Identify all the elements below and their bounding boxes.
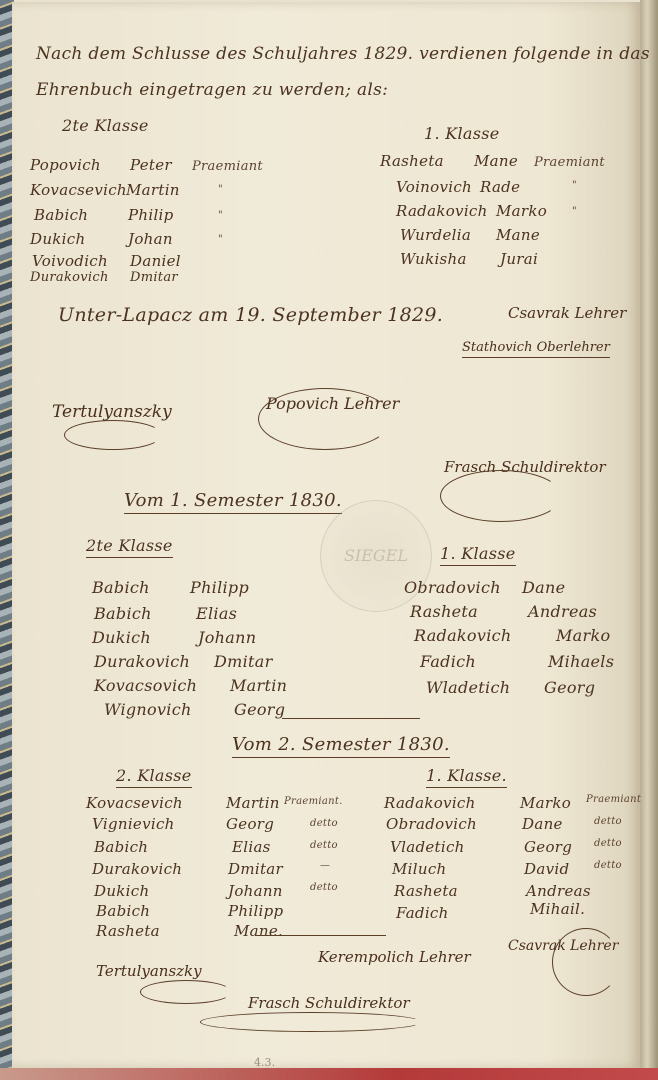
surname: Durakovich xyxy=(94,652,190,671)
given-name: Philipp xyxy=(228,902,283,920)
signature-tertulyanszky-1830: Tertulyanszky xyxy=(96,962,202,980)
book-spine xyxy=(640,0,658,1080)
signature-stathovich: Stathovich Oberlehrer xyxy=(462,340,610,358)
note: Praemiant xyxy=(534,155,605,170)
surname: Kovacsevich xyxy=(30,181,127,199)
surname: Obradovich xyxy=(386,815,477,833)
surname: Kovacsovich xyxy=(94,676,197,695)
surname: Rasheta xyxy=(410,602,478,621)
note: detto xyxy=(310,818,338,829)
surname: Wladetich xyxy=(426,678,510,697)
surname: Kovacsevich xyxy=(86,794,183,812)
surname: Dukich xyxy=(30,230,85,248)
note: " xyxy=(572,180,577,191)
surname: Fadich xyxy=(420,652,476,671)
surname: Fadich xyxy=(396,904,449,922)
intro-line-1: Nach dem Schlusse des Schuljahres 1829. … xyxy=(36,44,650,64)
signature-flourish xyxy=(64,420,162,450)
given-name: Mihail. xyxy=(530,900,585,918)
signature-flourish xyxy=(200,1012,422,1032)
note: " xyxy=(218,210,223,221)
given-name: Dane xyxy=(522,578,565,597)
surname: Miluch xyxy=(392,860,446,878)
given-name: Martin xyxy=(230,676,287,695)
given-name: Andreas xyxy=(528,602,597,621)
given-name: Georg xyxy=(544,678,595,697)
note: detto xyxy=(594,816,622,827)
given-name: Dmitar xyxy=(130,270,178,285)
given-name: Peter xyxy=(130,156,172,174)
signature-flourish xyxy=(258,388,392,450)
given-name: Johann xyxy=(228,882,283,900)
surname: Rasheta xyxy=(394,882,458,900)
signature-flourish xyxy=(552,928,620,996)
note: " xyxy=(572,206,577,217)
surname: Vignievich xyxy=(92,815,175,833)
surname: Radakovich xyxy=(396,202,488,220)
surname: Babich xyxy=(96,902,150,920)
surname: Radakovich xyxy=(414,626,511,645)
surname: Babich xyxy=(92,578,150,597)
note: detto xyxy=(310,840,338,851)
given-name: Marko xyxy=(520,794,571,812)
given-name: Marko xyxy=(496,202,547,220)
given-name: Jurai xyxy=(500,250,538,268)
surname: Popovich xyxy=(30,156,101,174)
given-name: Dane xyxy=(522,815,563,833)
given-name: Mane xyxy=(474,152,518,170)
note: " xyxy=(218,184,223,195)
signature-flourish xyxy=(140,980,232,1004)
intro-line-2: Ehrenbuch eingetragen zu werden; als: xyxy=(36,80,388,100)
class-2-heading-1829: 2te Klasse xyxy=(62,116,149,135)
given-name: David xyxy=(524,860,569,878)
given-name: Martin xyxy=(126,181,180,199)
given-name: Elias xyxy=(196,604,237,623)
note: " xyxy=(218,234,223,245)
surname: Babich xyxy=(94,604,152,623)
note: detto xyxy=(594,838,622,849)
surname: Radakovich xyxy=(384,794,476,812)
given-name: Georg xyxy=(234,700,285,719)
given-name: Philip xyxy=(128,206,174,224)
surname: Babich xyxy=(34,206,88,224)
signature-csavrak-1829: Csavrak Lehrer xyxy=(508,304,626,322)
given-name: Dmitar xyxy=(214,652,273,671)
divider-line xyxy=(256,935,386,936)
surname: Vladetich xyxy=(390,838,465,856)
given-name: Elias xyxy=(232,838,271,856)
surname: Wignovich xyxy=(104,700,192,719)
given-name: Georg xyxy=(226,815,274,833)
signature-flourish xyxy=(440,470,562,522)
signature-kerempolich: Kerempolich Lehrer xyxy=(318,948,471,966)
note: Praemiant xyxy=(586,794,641,805)
note: Praemiant xyxy=(192,159,263,174)
given-name: Mane. xyxy=(234,922,283,940)
class-2-heading-1830-2: 2. Klasse xyxy=(116,766,192,788)
class-1-heading-1829: 1. Klasse xyxy=(424,124,500,143)
given-name: Johan xyxy=(128,230,173,248)
class-1-heading-1830-2: 1. Klasse. xyxy=(426,766,507,788)
surname: Rasheta xyxy=(96,922,160,940)
class-2-heading-1830-1: 2te Klasse xyxy=(86,536,173,558)
pencil-folio-mark: 4.3. xyxy=(254,1056,275,1069)
note: Praemiant. xyxy=(284,796,343,807)
surname: Obradovich xyxy=(404,578,501,597)
signature-frasch-1830: Frasch Schuldirektor xyxy=(248,994,410,1012)
surname: Babich xyxy=(94,838,148,856)
section-title-1830-sem2: Vom 2. Semester 1830. xyxy=(232,734,450,758)
given-name: Mane xyxy=(496,226,540,244)
surname: Dukich xyxy=(92,628,151,647)
surname: Dukich xyxy=(94,882,149,900)
surname: Durakovich xyxy=(92,860,182,878)
note: — xyxy=(320,860,330,871)
surname: Wukisha xyxy=(400,250,467,268)
given-name: Mihaels xyxy=(548,652,614,671)
red-page-edge xyxy=(0,1068,658,1080)
given-name: Martin xyxy=(226,794,280,812)
surname: Voivodich xyxy=(32,252,108,270)
surname: Rasheta xyxy=(380,152,444,170)
surname: Durakovich xyxy=(30,270,109,285)
given-name: Marko xyxy=(556,626,610,645)
note: detto xyxy=(594,860,622,871)
surname: Voinovich xyxy=(396,178,472,196)
given-name: Johann xyxy=(198,628,256,647)
surname: Wurdelia xyxy=(400,226,471,244)
given-name: Andreas xyxy=(526,882,591,900)
given-name: Philipp xyxy=(190,578,249,597)
section-title-1830-sem1: Vom 1. Semester 1830. xyxy=(124,490,342,514)
class-1-heading-1830-1: 1. Klasse xyxy=(440,544,516,566)
divider-line xyxy=(282,718,420,719)
given-name: Dmitar xyxy=(228,860,283,878)
note: detto xyxy=(310,882,338,893)
given-name: Georg xyxy=(524,838,572,856)
place-date-1829: Unter-Lapacz am 19. September 1829. xyxy=(58,304,443,326)
given-name: Daniel xyxy=(130,252,181,270)
given-name: Rade xyxy=(480,178,520,196)
signature-tertulyanszky-1829: Tertulyanszky xyxy=(52,402,172,422)
